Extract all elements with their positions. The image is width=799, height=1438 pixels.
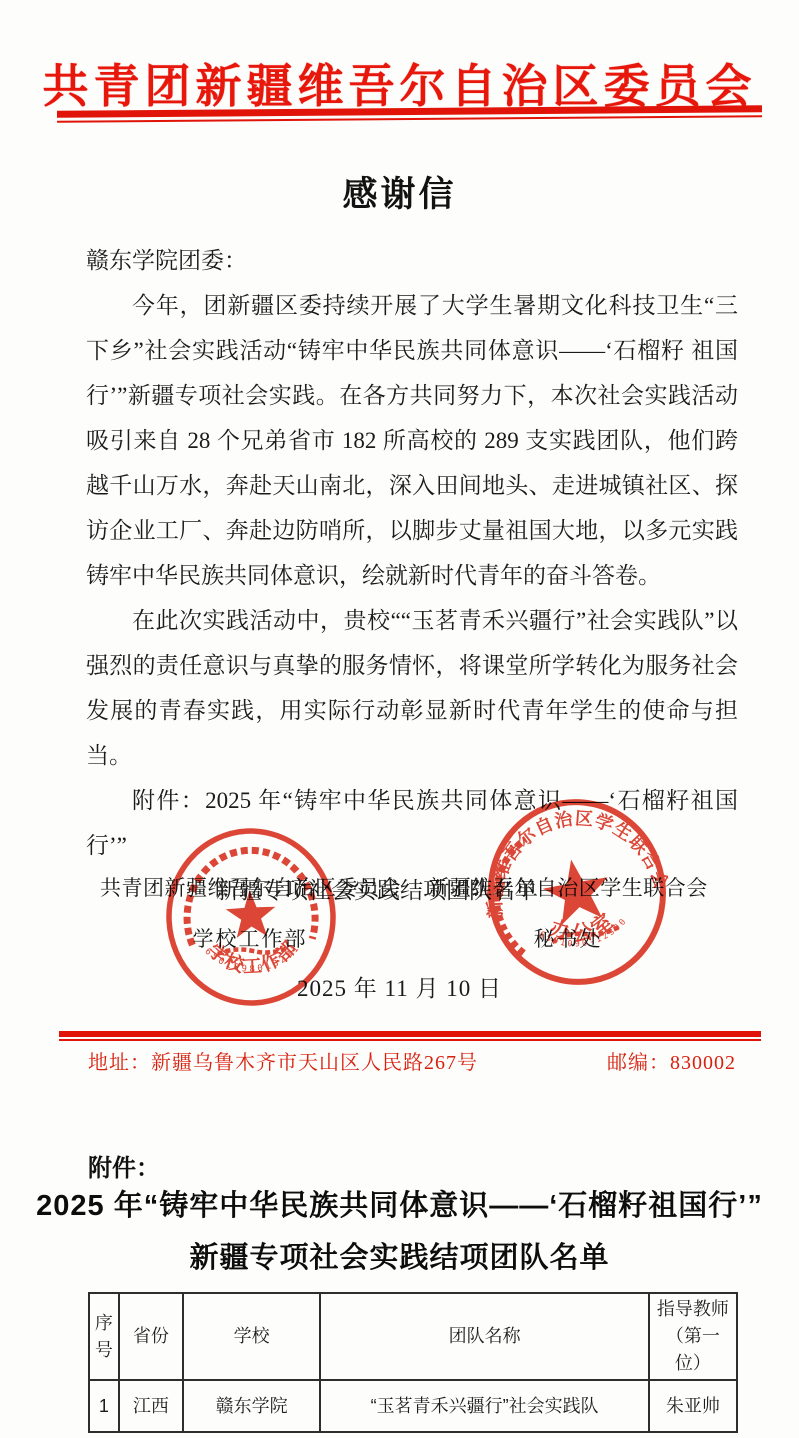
footer-divider — [59, 1031, 761, 1041]
attachment-title-line2: 新疆专项社会实践结项团队名单 — [0, 1235, 799, 1276]
letter-title: 感谢信 — [0, 167, 799, 217]
table-header-row: 序号 省份 学校 团队名称 指导教师（第一位） — [89, 1293, 737, 1380]
footer-postcode: 邮编：830002 — [607, 1046, 736, 1075]
cell-advisor: 朱亚帅 — [649, 1380, 737, 1432]
official-seal-left: 学校工作部 6501098013281 — [157, 821, 344, 1012]
official-seal-right: 新疆维吾尔自治区学生联合会 办公室 6501090-12390 — [469, 782, 686, 1003]
seal-left-star — [225, 889, 277, 939]
footer-divider-thin-line — [59, 1039, 761, 1041]
cell-index: 1 — [89, 1380, 119, 1432]
attachment-label: 附件： — [88, 1148, 160, 1183]
letter-date: 2025 年 11 月 10 日 — [0, 970, 799, 1003]
footer-address: 地址：新疆乌鲁木齐市天山区人民路267号 — [88, 1046, 478, 1075]
team-roster-table: 序号 省份 学校 团队名称 指导教师（第一位） 1 江西 赣东学院 “玉茗青禾兴… — [88, 1292, 738, 1433]
cell-school: 赣东学院 — [183, 1380, 320, 1432]
header-school: 学校 — [183, 1293, 320, 1380]
header-index: 序号 — [89, 1293, 119, 1380]
header-province: 省份 — [119, 1293, 183, 1380]
attachment-title-line1: 2025 年“铸牢中华民族共同体意识——‘石榴籽祖国行’” — [0, 1183, 799, 1224]
footer-info-row: 地址：新疆乌鲁木齐市天山区人民路267号 邮编：830002 — [88, 1046, 736, 1075]
scanned-letter-page: 共青团新疆维吾尔自治区委员会 感谢信 赣东学院团委： 今年，团新疆区委持续开展了… — [0, 0, 799, 1438]
cell-team-name: “玉茗青禾兴疆行”社会实践队 — [320, 1380, 649, 1432]
cell-province: 江西 — [119, 1380, 183, 1432]
footer-divider-thick-line — [59, 1031, 761, 1037]
salutation: 赣东学院团委： — [86, 238, 738, 283]
table-row: 1 江西 赣东学院 “玉茗青禾兴疆行”社会实践队 朱亚帅 — [89, 1380, 737, 1432]
header-team-name: 团队名称 — [320, 1293, 649, 1380]
paragraph-2: 在此次实践活动中，贵校““玉茗青禾兴疆行”社会实践队”以强烈的责任意识与真挚的服… — [86, 598, 738, 778]
header-advisor: 指导教师（第一位） — [649, 1293, 737, 1380]
paragraph-1: 今年，团新疆区委持续开展了大学生暑期文化科技卫生“三下乡”社会实践活动“铸牢中华… — [86, 283, 738, 598]
